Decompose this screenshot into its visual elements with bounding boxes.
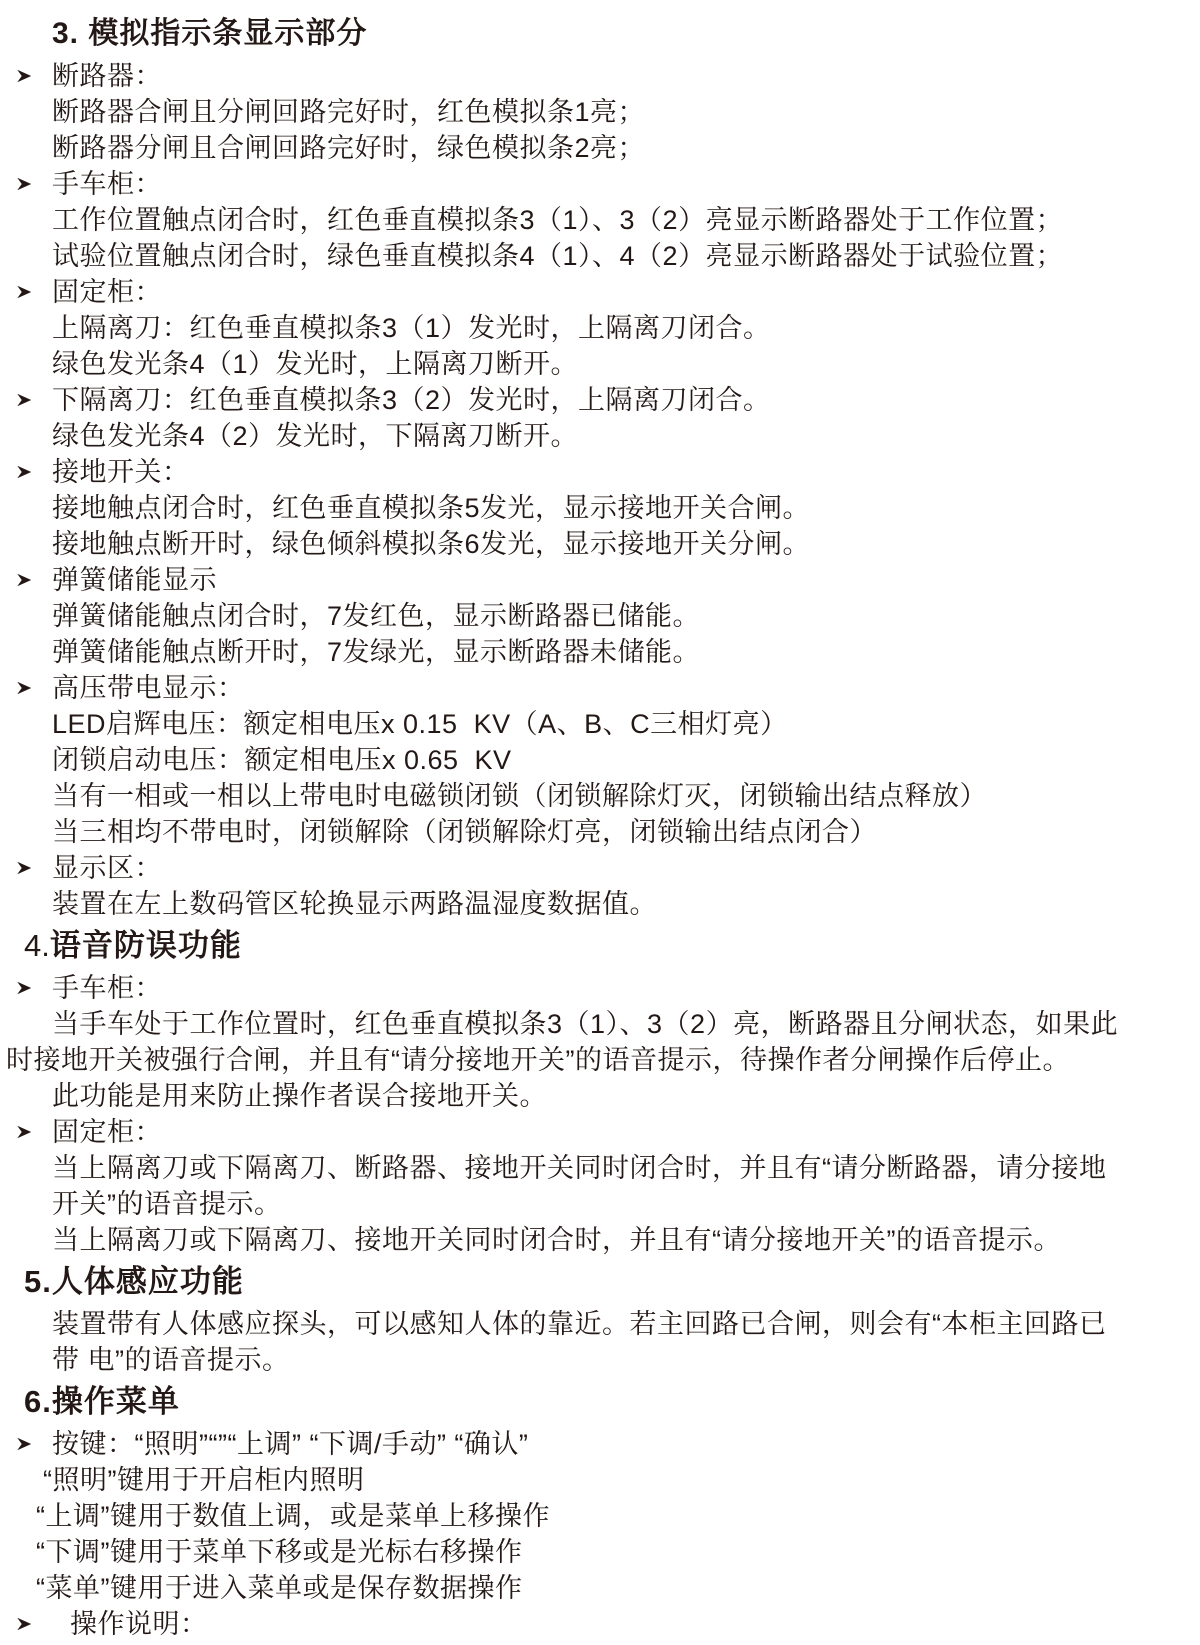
bullet-label: 手车柜： xyxy=(52,169,162,199)
bullet-label: 显示区： xyxy=(52,853,162,883)
text-line: 当上隔离刀或下隔离刀、接地开关同时闭合时，并且有“请分接地开关”的语音提示。 xyxy=(0,1222,1200,1258)
bullet-item: 手车柜： xyxy=(0,166,1200,202)
bullet-label: 断路器： xyxy=(52,61,162,91)
bullet-label: 固定柜： xyxy=(52,277,162,307)
bullet-label: 下隔离刀：红色垂直模拟条3（2）发光时，上隔离刀闭合。 xyxy=(52,385,771,415)
text-line: 弹簧储能触点闭合时，7发红色，显示断路器已储能。 xyxy=(0,598,1200,634)
text-line: 断路器合闸且分闸回路完好时，红色模拟条1亮； xyxy=(0,94,1200,130)
bullet-label: 固定柜： xyxy=(52,1117,162,1147)
arrow-bullet-icon xyxy=(15,1615,33,1633)
text-line: 绿色发光条4（1）发光时，上隔离刀断开。 xyxy=(0,346,1200,382)
text-line: 开关”的语音提示。 xyxy=(0,1186,1200,1222)
text-line: “菜单”键用于进入菜单或是保存数据操作 xyxy=(0,1570,1200,1606)
text-line: 装置在左上数码管区轮换显示两路温湿度数据值。 xyxy=(0,886,1200,922)
text-line: 工作位置触点闭合时，红色垂直模拟条3（1）、3（2）亮显示断路器处于工作位置； xyxy=(0,202,1200,238)
text-line: 试验位置触点闭合时，绿色垂直模拟条4（1）、4（2）亮显示断路器处于试验位置； xyxy=(0,238,1200,274)
text-line: 上隔离刀：红色垂直模拟条3（1）发光时，上隔离刀闭合。 xyxy=(0,310,1200,346)
bullet-item: 固定柜： xyxy=(0,274,1200,310)
bullet-item: 接地开关： xyxy=(0,454,1200,490)
arrow-bullet-icon xyxy=(15,463,33,481)
text-line: 当手车处于工作位置时，红色垂直模拟条3（1）、3（2）亮，断路器且分闸状态，如果… xyxy=(0,1006,1200,1042)
text-line: 当上隔离刀或下隔离刀、断路器、接地开关同时闭合时，并且有“请分断路器，请分接地 xyxy=(0,1150,1200,1186)
text-line: 断路器分闸且合闸回路完好时，绿色模拟条2亮； xyxy=(0,130,1200,166)
heading-title: 语音防误功能 xyxy=(50,928,242,963)
bullet-item: 高压带电显示： xyxy=(0,670,1200,706)
arrow-bullet-icon xyxy=(15,1123,33,1141)
bullet-item: 操作说明： xyxy=(0,1606,1200,1642)
bullet-item: 按键：“照明”“”“上调” “下调/手动” “确认” xyxy=(0,1426,1200,1462)
text-line: 弹簧储能触点断开时，7发绿光，显示断路器未储能。 xyxy=(0,634,1200,670)
arrow-bullet-icon xyxy=(15,175,33,193)
text-line: 接地触点断开时，绿色倾斜模拟条6发光，显示接地开关分闸。 xyxy=(0,526,1200,562)
section-heading: 4.语音防误功能 xyxy=(0,922,1200,970)
arrow-bullet-icon xyxy=(15,391,33,409)
section-heading: 6.操作菜单 xyxy=(0,1378,1200,1426)
arrow-bullet-icon xyxy=(15,67,33,85)
text-line: “照明”键用于开启柜内照明 xyxy=(0,1462,1200,1498)
bullet-label: 高压带电显示： xyxy=(52,673,245,703)
arrow-bullet-icon xyxy=(15,979,33,997)
bullet-label: 操作说明： xyxy=(70,1609,208,1639)
bullet-item: 断路器： xyxy=(0,58,1200,94)
arrow-bullet-icon xyxy=(15,283,33,301)
text-line: 带 电”的语音提示。 xyxy=(0,1342,1200,1378)
arrow-bullet-icon xyxy=(15,1435,33,1453)
arrow-bullet-icon xyxy=(15,571,33,589)
document-page: 3. 模拟指示条显示部分断路器：断路器合闸且分闸回路完好时，红色模拟条1亮；断路… xyxy=(0,0,1200,1642)
section-heading: 3. 模拟指示条显示部分 xyxy=(0,10,1200,58)
text-line: “下调”键用于菜单下移或是光标右移操作 xyxy=(0,1534,1200,1570)
arrow-bullet-icon xyxy=(15,859,33,877)
arrow-bullet-icon xyxy=(15,679,33,697)
bullet-item: 固定柜： xyxy=(0,1114,1200,1150)
bullet-label: 按键：“照明”“”“上调” “下调/手动” “确认” xyxy=(52,1429,528,1459)
bullet-label: 接地开关： xyxy=(52,457,190,487)
bullet-label: 弹簧储能显示 xyxy=(52,565,217,595)
text-line: LED启辉电压：额定相电压x 0.15 KV（A、B、C三相灯亮） xyxy=(0,706,1200,742)
bullet-item: 手车柜： xyxy=(0,970,1200,1006)
text-line: 此功能是用来防止操作者误合接地开关。 xyxy=(0,1078,1200,1114)
bullet-item: 弹簧储能显示 xyxy=(0,562,1200,598)
text-line: 绿色发光条4（2）发光时，下隔离刀断开。 xyxy=(0,418,1200,454)
text-line: 当三相均不带电时，闭锁解除（闭锁解除灯亮，闭锁输出结点闭合） xyxy=(0,814,1200,850)
text-line: “上调”键用于数值上调，或是菜单上移操作 xyxy=(0,1498,1200,1534)
bullet-item: 下隔离刀：红色垂直模拟条3（2）发光时，上隔离刀闭合。 xyxy=(0,382,1200,418)
bullet-label: 手车柜： xyxy=(52,973,162,1003)
heading-number: 4. xyxy=(24,928,50,963)
section-heading: 5.人体感应功能 xyxy=(0,1258,1200,1306)
text-line: 闭锁启动电压：额定相电压x 0.65 KV xyxy=(0,742,1200,778)
text-line: 当有一相或一相以上带电时电磁锁闭锁（闭锁解除灯灭，闭锁输出结点释放） xyxy=(0,778,1200,814)
text-line: 装置带有人体感应探头，可以感知人体的靠近。若主回路已合闸，则会有“本柜主回路已 xyxy=(0,1306,1200,1342)
text-line: 时接地开关被强行合闸，并且有“请分接地开关”的语音提示，待操作者分闸操作后停止。 xyxy=(0,1042,1200,1078)
text-line: 接地触点闭合时，红色垂直模拟条5发光，显示接地开关合闸。 xyxy=(0,490,1200,526)
bullet-item: 显示区： xyxy=(0,850,1200,886)
